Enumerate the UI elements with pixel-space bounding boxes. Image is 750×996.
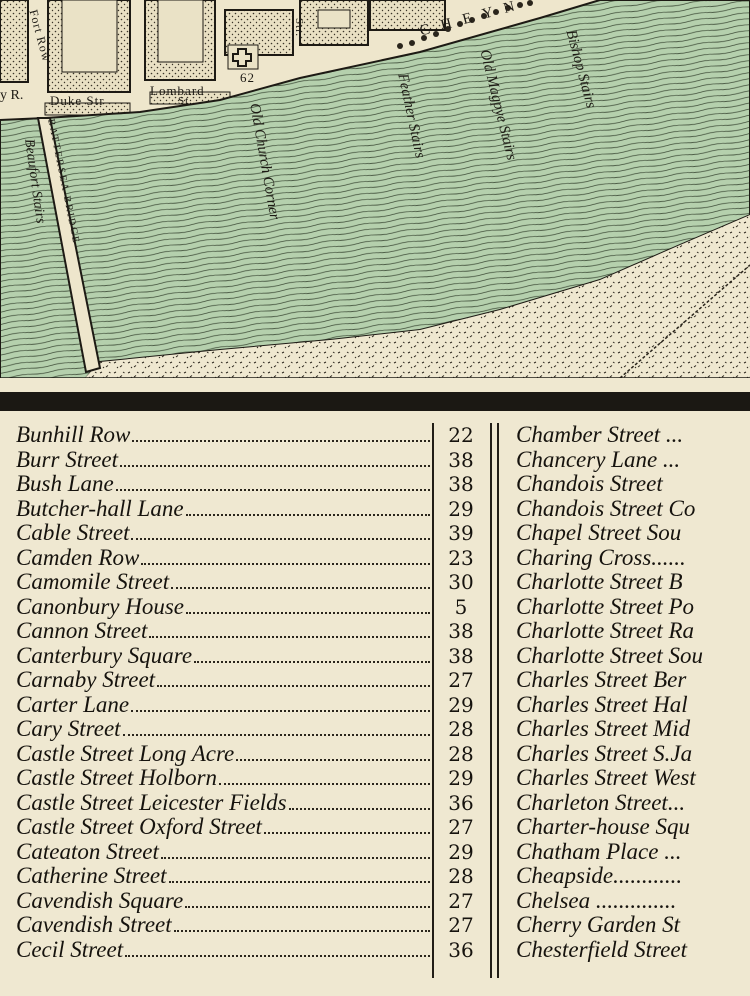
page-number: 39 [436, 521, 486, 546]
street-name: Chapel Street Sou [516, 521, 683, 546]
page-number: 28 [436, 864, 486, 889]
street-name: Castle Street Long Acre [16, 742, 236, 767]
street-name: Cary Street [16, 717, 123, 742]
index-row: Burr Street [16, 448, 430, 473]
page-number: 38 [436, 644, 486, 669]
page-number: 28 [436, 742, 486, 767]
street-name: Carnaby Street [16, 668, 157, 693]
street-name: Charles Street Ber [516, 668, 688, 693]
street-name: Charles Street S.Ja [516, 742, 694, 767]
column-double-rule [497, 423, 499, 978]
index-page-numbers: 22 38 38 29 39 23 30 5 38 38 27 29 28 28… [436, 423, 486, 962]
street-name: Chesterfield Street [516, 938, 689, 963]
index-row: Canterbury Square [16, 644, 430, 669]
page-number: 22 [436, 423, 486, 448]
index-row: Charing Cross...... [516, 546, 750, 571]
index-row: Charlotte Street Po [516, 595, 750, 620]
dot-leader [185, 906, 430, 908]
street-name: Canonbury House [16, 595, 186, 620]
page-number: 27 [436, 815, 486, 840]
street-name: Castle Street Holborn [16, 766, 219, 791]
index-row: Cavendish Street [16, 913, 430, 938]
index-left-column: Bunhill Row Burr Street Bush Lane Butche… [16, 423, 430, 962]
street-name: Castle Street Leicester Fields [16, 791, 289, 816]
street-name: Charleton Street... [516, 791, 687, 816]
street-name: Charlotte Street Sou [516, 644, 705, 669]
page-number: 36 [436, 938, 486, 963]
index-row: Cary Street [16, 717, 430, 742]
page-number: 27 [436, 913, 486, 938]
page-number: 27 [436, 668, 486, 693]
lombard-st-label: St. [178, 95, 193, 107]
street-name: Charles Street Mid [516, 717, 692, 742]
street-name: Charter-house Squ [516, 815, 692, 840]
index-row: Chancery Lane ... [516, 448, 750, 473]
duke-street-label: Duke Str [50, 93, 105, 109]
dot-leader [219, 783, 430, 785]
index-row: Charles Street Ber [516, 668, 750, 693]
street-name: Chatham Place ... [516, 840, 683, 865]
dot-leader [186, 514, 430, 516]
page-number: 29 [436, 766, 486, 791]
index-row: Castle Street Holborn [16, 766, 430, 791]
y-r-label: y R. [0, 88, 23, 104]
dot-leader [171, 587, 430, 589]
index-row: Charter-house Squ [516, 815, 750, 840]
street-name: Charlotte Street B [516, 570, 685, 595]
street-name: Charlotte Street Po [516, 595, 696, 620]
street-name: Cannon Street [16, 619, 149, 644]
street-name: Cateaton Street [16, 840, 161, 865]
church-number-label: 62 [240, 70, 255, 86]
street-name: Chelsea .............. [516, 889, 678, 914]
dot-leader [132, 440, 430, 442]
dot-leader [157, 685, 430, 687]
index-row: Cheapside............ [516, 864, 750, 889]
index-row: Chandois Street Co [516, 497, 750, 522]
index-row: Bunhill Row [16, 423, 430, 448]
dot-leader [149, 636, 430, 638]
str-label: Str. [293, 18, 305, 37]
section-divider [0, 392, 750, 411]
index-row: Chamber Street ... [516, 423, 750, 448]
index-row: Cable Street [16, 521, 430, 546]
street-name: Chancery Lane ... [516, 448, 682, 473]
street-name: Chandois Street [516, 472, 665, 497]
index-row: Carnaby Street [16, 668, 430, 693]
index-row: Castle Street Oxford Street [16, 815, 430, 840]
street-name: Canterbury Square [16, 644, 194, 669]
dot-leader [174, 930, 430, 932]
street-name: Charles Street Hal [516, 693, 690, 718]
dot-leader [141, 563, 430, 565]
street-name: Carter Lane [16, 693, 131, 718]
index-row: Chesterfield Street [516, 938, 750, 963]
index-row: Carter Lane [16, 693, 430, 718]
page-number: 38 [436, 472, 486, 497]
index-row: Chelsea .............. [516, 889, 750, 914]
index-row: Cavendish Square [16, 889, 430, 914]
page-number: 23 [436, 546, 486, 571]
street-name: Charles Street West [516, 766, 698, 791]
dot-leader [169, 881, 430, 883]
dot-leader [131, 710, 430, 712]
map-engraving [0, 0, 750, 390]
index-row: Castle Street Long Acre [16, 742, 430, 767]
street-name: Catherine Street [16, 864, 169, 889]
index-row: Catherine Street [16, 864, 430, 889]
index-row: Charles Street S.Ja [516, 742, 750, 767]
page-number: 29 [436, 693, 486, 718]
index-row: Charlotte Street Ra [516, 619, 750, 644]
index-row: Bush Lane [16, 472, 430, 497]
street-name: Bush Lane [16, 472, 116, 497]
index-row: Chatham Place ... [516, 840, 750, 865]
dot-leader [123, 734, 430, 736]
street-name: Cable Street [16, 521, 131, 546]
page-number: 28 [436, 717, 486, 742]
dot-leader [125, 955, 430, 957]
index-row: Charles Street Mid [516, 717, 750, 742]
index-row: Chapel Street Sou [516, 521, 750, 546]
index-row: Castle Street Leicester Fields [16, 791, 430, 816]
index-row: Cateaton Street [16, 840, 430, 865]
index-row: Camomile Street [16, 570, 430, 595]
index-row: Charles Street Hal [516, 693, 750, 718]
page-number: 29 [436, 497, 486, 522]
dot-leader [264, 832, 430, 834]
dot-leader [289, 808, 430, 810]
page-number: 5 [436, 595, 486, 620]
index-row: Charlotte Street Sou [516, 644, 750, 669]
dot-leader [194, 661, 430, 663]
dot-leader [186, 612, 430, 614]
index-row: Canonbury House [16, 595, 430, 620]
column-double-rule [490, 423, 492, 978]
index-row: Charlotte Street B [516, 570, 750, 595]
street-name: Burr Street [16, 448, 120, 473]
map-section: Fort Row y R. Duke Str Lombard St. 62 St… [0, 0, 750, 390]
street-name: Chandois Street Co [516, 497, 697, 522]
street-name: Camden Row [16, 546, 141, 571]
page-number: 29 [436, 840, 486, 865]
index-row: Butcher-hall Lane [16, 497, 430, 522]
street-name: Cavendish Square [16, 889, 185, 914]
index-row: Camden Row [16, 546, 430, 571]
column-rule [432, 423, 434, 978]
page-number: 38 [436, 448, 486, 473]
index-row: Charleton Street... [516, 791, 750, 816]
page-number: 27 [436, 889, 486, 914]
dot-leader [161, 857, 430, 859]
index-row: Cannon Street [16, 619, 430, 644]
index-row: Cherry Garden St [516, 913, 750, 938]
dot-leader [236, 759, 430, 761]
street-name: Cavendish Street [16, 913, 174, 938]
street-name: Camomile Street [16, 570, 171, 595]
page-number: 36 [436, 791, 486, 816]
street-name: Chamber Street ... [516, 423, 685, 448]
dot-leader [120, 465, 430, 467]
index-row: Chandois Street [516, 472, 750, 497]
index-right-column: Chamber Street ... Chancery Lane ... Cha… [516, 423, 750, 962]
page-number: 30 [436, 570, 486, 595]
index-row: Charles Street West [516, 766, 750, 791]
street-index: Bunhill Row Burr Street Bush Lane Butche… [0, 411, 750, 996]
index-row: Cecil Street [16, 938, 430, 963]
street-name: Charing Cross...... [516, 546, 688, 571]
street-name: Cherry Garden St [516, 913, 682, 938]
street-name: Castle Street Oxford Street [16, 815, 264, 840]
street-name: Cecil Street [16, 938, 125, 963]
street-name: Bunhill Row [16, 423, 132, 448]
street-name: Butcher-hall Lane [16, 497, 186, 522]
page-number: 38 [436, 619, 486, 644]
street-name: Charlotte Street Ra [516, 619, 696, 644]
street-name: Cheapside............ [516, 864, 684, 889]
dot-leader [131, 538, 430, 540]
dot-leader [116, 489, 430, 491]
